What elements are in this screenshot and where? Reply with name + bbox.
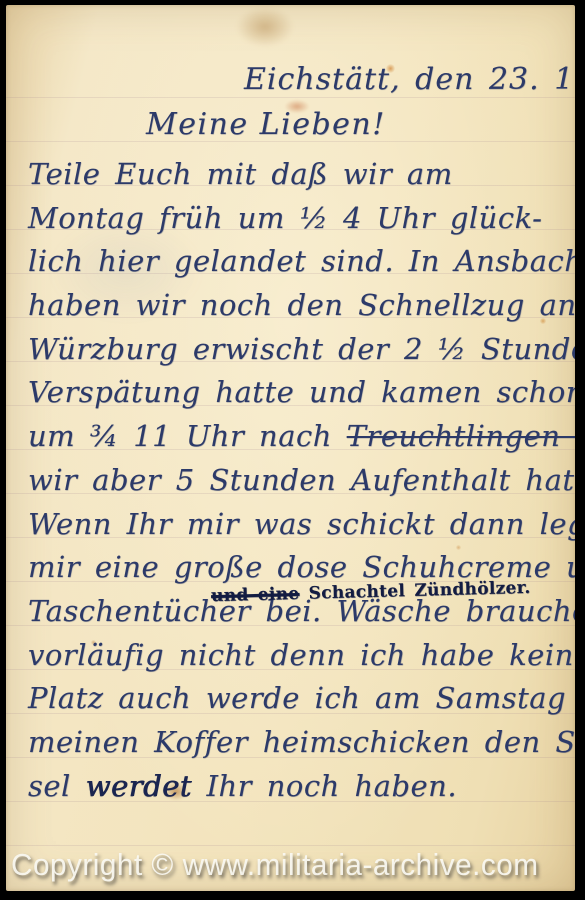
letter-date: Eichstätt, den 23. 1. 40. xyxy=(244,62,575,97)
letter-line: Würzburg erwischt der 2 ½ Stunden xyxy=(28,328,558,372)
overwritten-word: werdet xyxy=(86,769,192,803)
letter-line-with-overwrite: sel werdet Ihr noch haben. xyxy=(28,765,558,809)
copyright-watermark: Copyright © www.militaria-archive.com xyxy=(11,847,539,883)
letter-body: Teile Euch mit daß wir am Montag früh um… xyxy=(28,153,558,808)
letter-line: Wenn Ihr mir was schickt dann legt xyxy=(28,503,558,547)
paper-stain xyxy=(236,7,294,47)
letter-line: haben wir noch den Schnellzug an xyxy=(28,284,558,328)
photo-background: Eichstätt, den 23. 1. 40. Meine Lieben! … xyxy=(0,0,585,900)
line-text: Ihr noch haben. xyxy=(192,769,457,803)
line-text: um ¾ 11 Uhr nach xyxy=(28,419,347,453)
line-text: sel xyxy=(28,769,86,803)
letter-page: Eichstätt, den 23. 1. 40. Meine Lieben! … xyxy=(6,5,575,891)
letter-line-with-strikethrough: um ¾ 11 Uhr nach Treuchtlingen wo xyxy=(28,415,558,459)
letter-line: Verspätung hatte und kamen schon xyxy=(28,371,558,415)
letter-line: meinen Koffer heimschicken den Schlüs- xyxy=(28,721,558,765)
letter-line: wir aber 5 Stunden Aufenthalt hatten. xyxy=(28,459,558,503)
letter-line: lich hier gelandet sind. In Ansbach xyxy=(28,240,558,284)
letter-line: Montag früh um ½ 4 Uhr glück- xyxy=(28,197,558,241)
letter-line: Platz auch werde ich am Samstag xyxy=(28,677,558,721)
struck-text: Treuchtlingen wo xyxy=(347,419,575,453)
letter-line: vorläufig nicht denn ich habe keinen xyxy=(28,634,558,678)
struck-insertion-text: und eine xyxy=(211,584,300,606)
letter-salutation: Meine Lieben! xyxy=(146,107,386,142)
letter-line: Teile Euch mit daß wir am xyxy=(28,153,558,197)
